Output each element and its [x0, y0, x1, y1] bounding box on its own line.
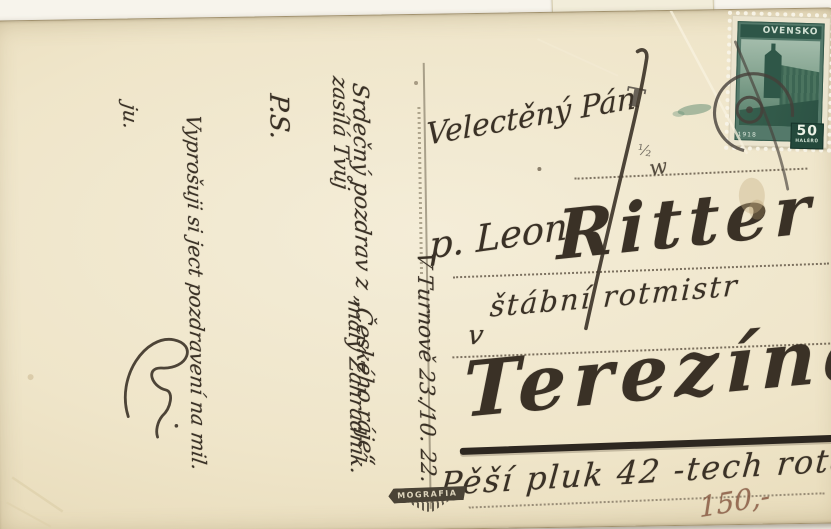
crease-line [12, 477, 63, 513]
postscript-wrap: ju. [120, 102, 140, 130]
stamp-country-text: OVENSKO [740, 24, 821, 39]
publisher-logo: MOGRAFIA [388, 485, 467, 514]
message-closing-line-2: malý Zahradník. [344, 299, 368, 476]
stamp-currency: HALÉŘŮ [791, 139, 822, 146]
salutation-line: Velectěný Pán [426, 84, 636, 151]
signature-dot [175, 424, 179, 428]
publisher-logo-rays-icon [407, 500, 452, 513]
signature-flourish [124, 339, 188, 438]
stamp-value-box: 50 HALÉŘŮ [790, 123, 824, 150]
crease-line [537, 38, 618, 77]
addressee-surname: Ritter [557, 175, 816, 270]
green-smudge [673, 111, 685, 117]
message-closing-line-1: zasílá Tvůj [329, 75, 352, 191]
castle-tower-icon [739, 39, 820, 127]
postage-stamp: OVENSKO 1918 50 HALÉŘŮ [729, 16, 830, 148]
rank-line: štábní rotmistr [489, 271, 739, 322]
stamp-value: 50 [791, 124, 822, 140]
addressee-prefix: p. Leon [429, 208, 568, 265]
fleck [414, 81, 418, 85]
divider-imprint-microtext [417, 107, 423, 275]
pencil-squiggle-mark: w [648, 156, 669, 180]
city-line: Terezíně [463, 313, 831, 429]
castle-tower [763, 43, 782, 98]
stamp-year-text: 1918 [737, 132, 756, 139]
postcard: V Turnově 23./10. 22. Srdečný pozdrav z … [0, 7, 831, 529]
green-smudge [677, 102, 712, 117]
fleck [537, 167, 541, 171]
postcard-photo: V Turnově 23./10. 22. Srdečný pozdrav z … [0, 0, 831, 529]
postage-due-t-mark: T [623, 84, 647, 113]
postscript-label: P.S. [265, 93, 292, 141]
crease-line [7, 502, 51, 528]
price-note: 150,- [699, 482, 771, 523]
message-dateline: V Turnově 23./10. 22. [414, 251, 439, 484]
fleck [28, 374, 34, 380]
postscript-line: Vyprošuji si ject pozdravení na mil. [183, 113, 209, 472]
